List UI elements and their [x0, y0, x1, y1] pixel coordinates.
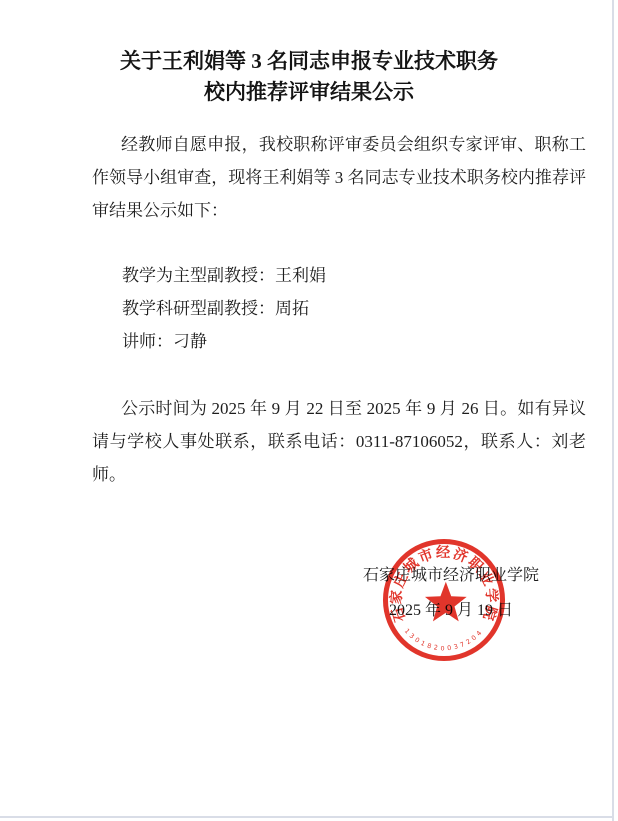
- result-list: 教学为主型副教授：王利娟 教学科研型副教授：周拓 讲师：刁静: [92, 259, 586, 358]
- signature-org-name: 石家庄城市经济职业学院: [363, 558, 539, 593]
- doc-title: 关于王利娟等 3 名同志申报专业技术职务 校内推荐评审结果公示: [0, 46, 618, 108]
- result-line-lecturer: 讲师：刁静: [122, 325, 586, 358]
- document-page: 关于王利娟等 3 名同志申报专业技术职务 校内推荐评审结果公示 经教师自愿申报，…: [0, 0, 618, 821]
- doc-title-line2: 校内推荐评审结果公示: [204, 80, 414, 104]
- seal-code-arc-textpath: 1301820037204: [403, 627, 486, 652]
- intro-paragraph: 经教师自愿申报，我校职称评审委员会组织专家评审、职称工作领导小组审查，现将王利娟…: [92, 128, 586, 227]
- doc-title-line1: 关于王利娟等 3 名同志申报专业技术职务: [120, 49, 498, 73]
- page-right-edge-line: [612, 0, 614, 821]
- page-bottom-edge-line: [0, 816, 614, 818]
- seal-code-arc-text: 1301820037204: [403, 627, 486, 652]
- signature-date: 2025 年 9 月 19 日: [363, 593, 539, 628]
- result-line-associate-professor-research: 教学科研型副教授：周拓: [122, 292, 586, 325]
- signature-block: 石家庄城市经济职业学院 2025 年 9 月 19 日: [363, 558, 539, 628]
- result-line-associate-professor-teaching: 教学为主型副教授：王利娟: [122, 259, 586, 292]
- doc-body: 经教师自愿申报，我校职称评审委员会组织专家评审、职称工作领导小组审查，现将王利娟…: [92, 128, 586, 491]
- publicity-period-paragraph: 公示时间为 2025 年 9 月 22 日至 2025 年 9 月 26 日。如…: [92, 392, 586, 491]
